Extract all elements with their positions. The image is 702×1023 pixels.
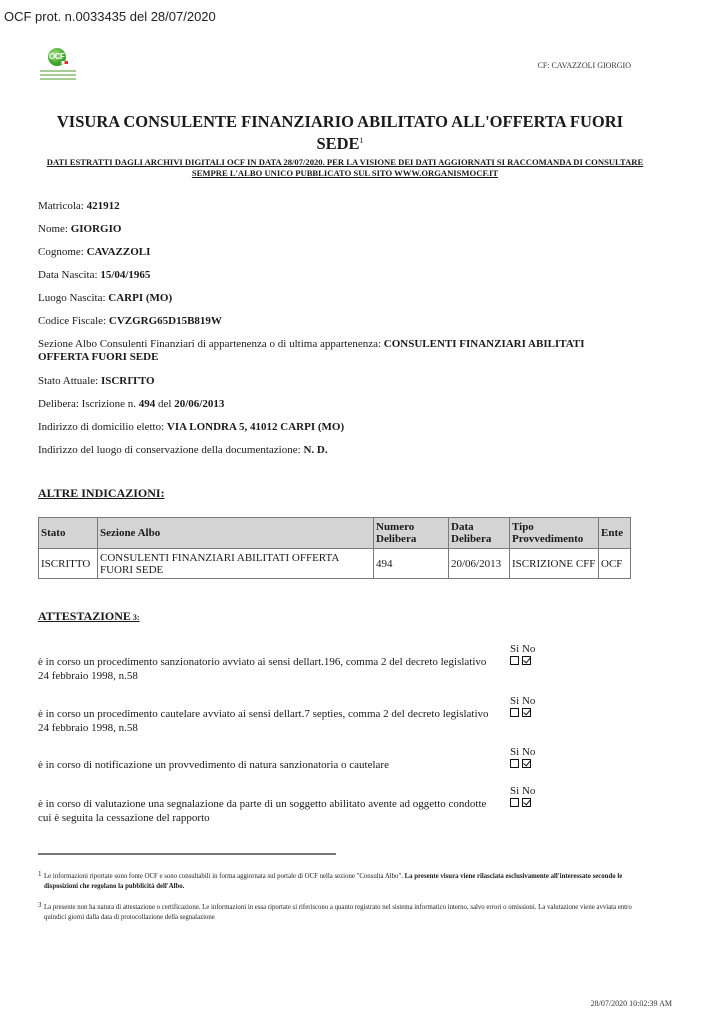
attestazione-item: è in corso un procedimento sanzionatorio… (38, 655, 498, 683)
checked-checkbox-icon (522, 798, 531, 807)
si-no-choice: Si No (510, 786, 535, 807)
unchecked-checkbox-icon (510, 708, 519, 717)
field-codice-fiscale: Codice Fiscale: CVZGRG65D15B819W (38, 315, 222, 328)
column-header: Tipo Provvedimento (510, 518, 599, 549)
footnote-divider (38, 853, 336, 855)
column-header: Numero Delibera (374, 518, 449, 549)
checked-checkbox-icon (522, 656, 531, 665)
checked-checkbox-icon (522, 708, 531, 717)
field-sezione-albo: Sezione Albo Consulenti Finanziari di ap… (38, 338, 618, 364)
unchecked-checkbox-icon (510, 759, 519, 768)
cell-sezione-albo: CONSULENTI FINANZIARI ABILITATI OFFERTA … (98, 549, 374, 579)
field-nome: Nome: GIORGIO (38, 223, 121, 236)
print-timestamp: 28/07/2020 10:02:39 AM (591, 999, 672, 1008)
attestazione-item: è in corso un procedimento cautelare avv… (38, 707, 498, 735)
altre-indicazioni-heading: ALTRE INDICAZIONI: (38, 486, 165, 501)
column-header: Sezione Albo (98, 518, 374, 549)
field-stato-attuale: Stato Attuale: ISCRITTO (38, 375, 155, 388)
albo-table: Stato Sezione Albo Numero Delibera Data … (38, 517, 631, 579)
column-header: Stato (39, 518, 98, 549)
field-domicilio: Indirizzo di domicilio eletto: VIA LONDR… (38, 421, 344, 434)
si-no-labels: Si No (510, 696, 535, 707)
protocol-number: OCF prot. n.0033435 del 28/07/2020 (4, 9, 216, 24)
cf-label: CF: CAVAZZOLI GIORGIO (538, 61, 632, 70)
si-no-labels: Si No (510, 644, 535, 655)
checked-checkbox-icon (522, 759, 531, 768)
attestazione-item: è in corso di valutazione una segnalazio… (38, 797, 498, 825)
cell-ente: OCF (599, 549, 631, 579)
footnote-ref: 1 (360, 136, 364, 145)
si-no-labels: Si No (510, 786, 535, 797)
column-header: Data Delibera (449, 518, 510, 549)
cell-numero-delibera: 494 (374, 549, 449, 579)
table-row: ISCRITTO CONSULENTI FINANZIARI ABILITATI… (39, 549, 631, 579)
attestazione-heading: ATTESTAZIONE 3: (38, 609, 140, 624)
unchecked-checkbox-icon (510, 798, 519, 807)
field-conservazione: Indirizzo del luogo di conservazione del… (38, 444, 328, 457)
field-delibera: Delibera: Iscrizione n. 494 del 20/06/20… (38, 398, 224, 411)
page-title: VISURA CONSULENTE FINANZIARIO ABILITATO … (40, 112, 640, 153)
footnote-3: 3La presente non ha natura di attestazio… (38, 903, 634, 923)
italian-flag-icon (58, 61, 68, 64)
field-data-nascita: Data Nascita: 15/04/1965 (38, 269, 150, 282)
si-no-choice: Si No (510, 696, 535, 717)
field-cognome: Cognome: CAVAZZOLI (38, 246, 150, 259)
field-luogo-nascita: Luogo Nascita: CARPI (MO) (38, 292, 172, 305)
si-no-choice: Si No (510, 644, 535, 665)
cell-stato: ISCRITTO (39, 549, 98, 579)
si-no-choice: Si No (510, 747, 535, 768)
attestazione-item: è in corso di notificazione un provvedim… (38, 758, 498, 772)
cell-data-delibera: 20/06/2013 (449, 549, 510, 579)
ocf-logo: OCF (40, 48, 76, 84)
table-header-row: Stato Sezione Albo Numero Delibera Data … (39, 518, 631, 549)
column-header: Ente (599, 518, 631, 549)
cell-tipo-provvedimento: ISCRIZIONE CFF (510, 549, 599, 579)
si-no-labels: Si No (510, 747, 535, 758)
footnote-1: 1Le informazioni riportate sono fonte OC… (38, 872, 634, 892)
unchecked-checkbox-icon (510, 656, 519, 665)
field-matricola: Matricola: 421912 (38, 200, 120, 213)
page-subtitle: DATI ESTRATTI DAGLI ARCHIVI DIGITALI OCF… (40, 157, 650, 179)
logo-caption (40, 68, 76, 82)
